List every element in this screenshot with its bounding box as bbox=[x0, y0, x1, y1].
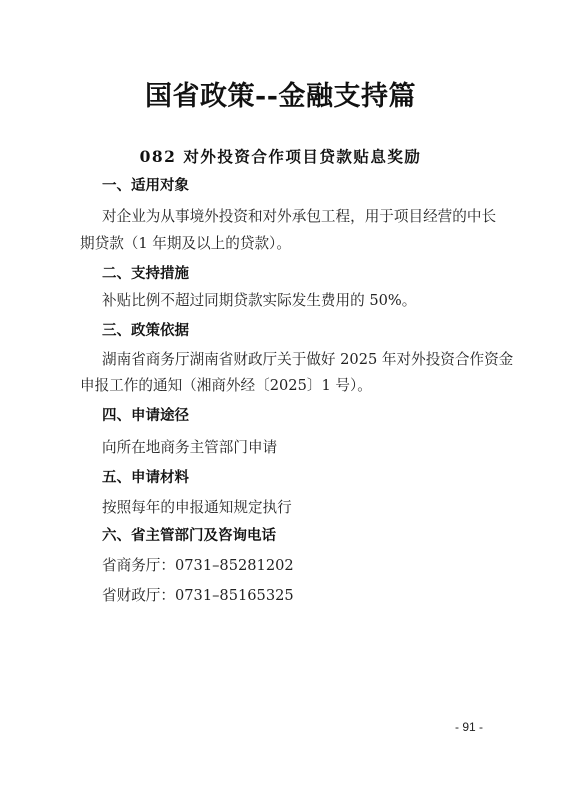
section-body-line: 补贴比例不超过同期贷款实际发生费用的 50%。 bbox=[102, 289, 512, 310]
section-body-line: 湖南省商务厅湖南省财政厅关于做好 2025 年对外投资合作资金 bbox=[102, 348, 512, 369]
page-number: - 91 - bbox=[455, 720, 483, 734]
contact-finance-phone: 省财政厅：0731–85165325 bbox=[102, 584, 512, 605]
section-heading-applicable: 一、适用对象 bbox=[102, 174, 512, 195]
section-body-line: 申报工作的通知（湘商外经〔2025〕1 号）。 bbox=[80, 374, 490, 395]
section-body-line: 期贷款（1 年期及以上的贷款）。 bbox=[80, 232, 490, 253]
section-body-line: 按照每年的申报通知规定执行 bbox=[102, 496, 512, 517]
section-heading-channel: 四、申请途径 bbox=[102, 404, 512, 425]
section-body-line: 对企业为从事境外投资和对外承包工程，用于项目经营的中长 bbox=[102, 205, 512, 226]
item-subtitle: 082 对外投资合作项目贷款贴息奖励 bbox=[0, 145, 561, 167]
page-title: 国省政策--金融支持篇 bbox=[0, 74, 561, 113]
contact-commerce-phone: 省商务厅：0731–85281202 bbox=[102, 554, 512, 575]
section-heading-materials: 五、申请材料 bbox=[102, 466, 512, 487]
section-heading-measures: 二、支持措施 bbox=[102, 262, 512, 283]
section-body-line: 向所在地商务主管部门申请 bbox=[102, 436, 512, 457]
section-heading-contacts: 六、省主管部门及咨询电话 bbox=[102, 524, 512, 545]
section-heading-basis: 三、政策依据 bbox=[102, 319, 512, 340]
